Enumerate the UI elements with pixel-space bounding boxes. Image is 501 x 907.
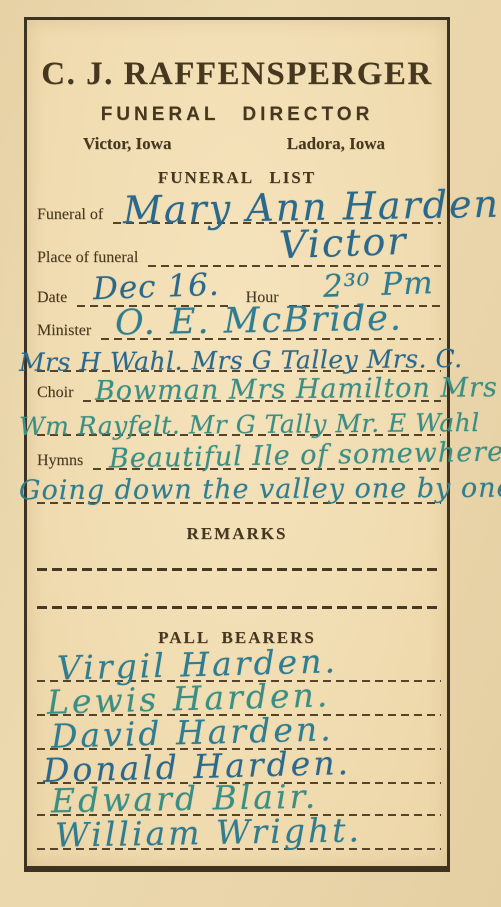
funeral-of-label: Funeral of: [37, 206, 103, 224]
date-label: Date: [37, 289, 67, 307]
city-victor: Victor, Iowa: [83, 134, 171, 154]
place-of-funeral-label: Place of funeral: [37, 249, 138, 267]
pall-bearer-entry: William Wright.: [55, 813, 362, 851]
funeral-director-title: FUNERAL DIRECTOR: [27, 104, 447, 126]
hymn-entry-line1: Beautiful Ile of somewhere: [109, 439, 501, 473]
funeral-card: C. J. RAFFENSPERGER FUNERAL DIRECTOR Vic…: [24, 17, 450, 872]
choir-entry-line1: Mrs H Wahl. Mrs G Talley Mrs. C.: [19, 346, 463, 375]
choir-label: Choir: [37, 384, 73, 402]
place-entry: Victor: [278, 222, 408, 264]
cities-row: Victor, Iowa Ladora, Iowa: [27, 134, 447, 154]
remarks-heading: REMARKS: [27, 524, 447, 544]
city-ladora: Ladora, Iowa: [287, 134, 385, 154]
scanned-funeral-card-page: { "colors": { "paper": "#f1ddb2", "outer…: [0, 0, 501, 907]
hour-entry: 2³⁰ Pm: [322, 268, 434, 303]
funeral-home-name: C. J. RAFFENSPERGER: [27, 56, 447, 93]
hymns-label: Hymns: [37, 452, 83, 470]
choir-entry-line2: Bowman Mrs Hamilton Mrs: [95, 374, 498, 405]
minister-entry: O. E. McBride.: [115, 301, 404, 341]
hymn-entry-line2: Going down the valley one by one: [19, 475, 501, 505]
minister-label: Minister: [37, 322, 91, 340]
dashed-line: [37, 568, 441, 571]
choir-entry-line3: Wm Rayfelt. Mr G Tally Mr. E Wahl: [19, 410, 480, 439]
date-entry: Dec 16.: [92, 270, 220, 305]
dashed-line: [37, 606, 441, 609]
